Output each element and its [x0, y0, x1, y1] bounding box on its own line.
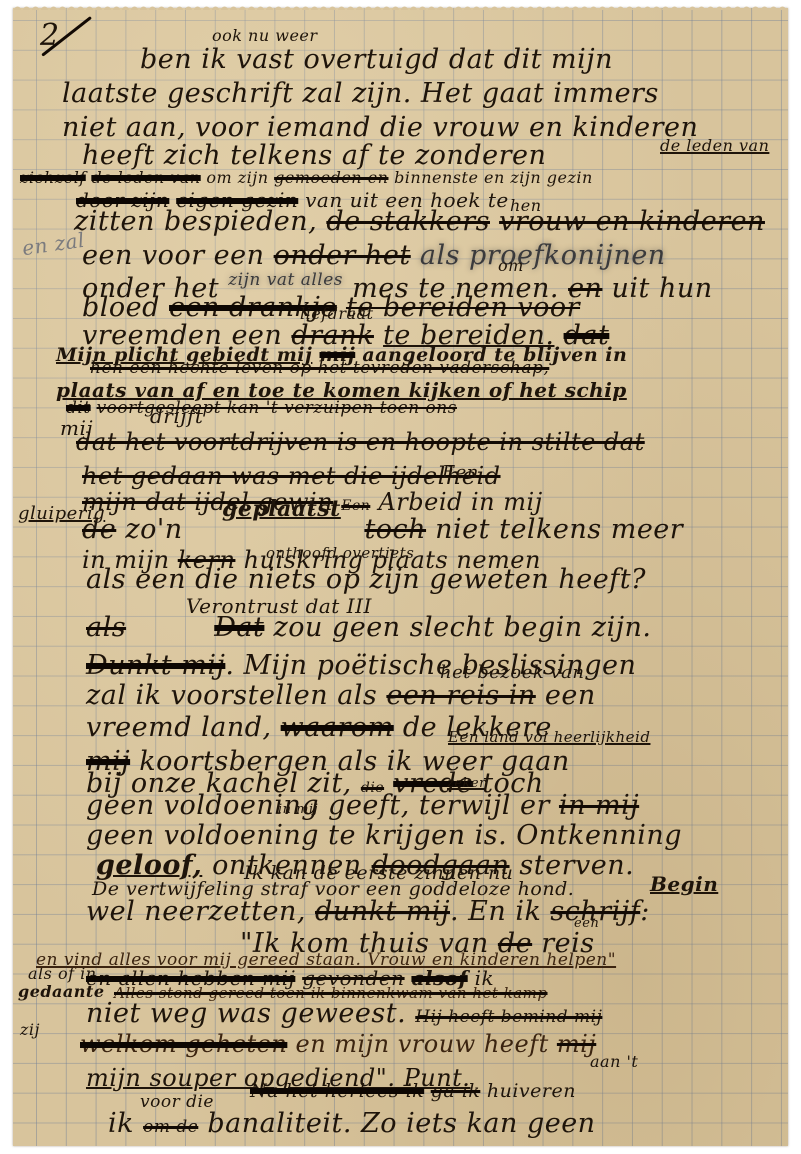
manuscript-line: als Dat zou geen slecht begin zijn. [86, 612, 651, 643]
interlinear-insertion: de leden van [660, 136, 769, 155]
text-segment: heeft zich telkens af te zonderen [82, 140, 546, 171]
perforated-edge [13, 2, 788, 10]
struck-segment: het gedaan was met die ijdelheid [82, 462, 501, 490]
struck-segment: Een [341, 498, 370, 514]
text-segment: ik [108, 1108, 134, 1139]
text-segment: Arbeid in mij [378, 488, 542, 516]
manuscript-line: een voor een onder het als proefkonijnen [82, 240, 666, 271]
struck-segment: Dunkt mij [86, 650, 225, 681]
text-segment: als een die niets op zijn geweten heeft? [86, 564, 646, 595]
text-segment: niet telkens meer [435, 514, 683, 545]
text-segment: een [545, 680, 596, 711]
text-segment: geen voldoening te krijgen is. Ontkennin… [86, 820, 682, 851]
struck-segment: zichzelf [20, 168, 86, 187]
manuscript-line: ben ik vast overtuigd dat dit mijn [140, 44, 613, 75]
interlinear-insertion: zeker [447, 776, 486, 791]
text-segment: zitten bespieden, [74, 206, 317, 237]
manuscript-line: wel neerzetten, dunkt mij. En ik schrijf… [86, 896, 650, 927]
struck-segment: Dat [214, 612, 264, 643]
text-segment: : [640, 896, 650, 927]
manuscript-line: zitten bespieden, de stakkers vrouw en k… [74, 206, 765, 237]
manuscript-line: welkom geheten en mijn vrouw heeft mij [80, 1030, 596, 1058]
text-segment: om zijn [206, 168, 268, 187]
interlinear-insertion: Een land vol heerlijkheid [448, 728, 650, 746]
manuscript-line: heeft zich telkens af te zonderen [82, 140, 546, 171]
text-segment: . En ik [450, 896, 541, 927]
struck-segment: hen een hechte leven op het tevreden vad… [90, 358, 549, 378]
struck-segment: dit [66, 398, 91, 418]
text-segment: wel neerzetten, [86, 896, 306, 927]
text-segment: vreemd land, [86, 712, 272, 743]
text-segment: vast overtuigd dat dit mijn [236, 44, 613, 75]
struck-segment: vrouw en kinderen [499, 206, 765, 237]
smudged-segment: als proefkonijnen [420, 240, 666, 271]
text-segment: ben ik [140, 44, 227, 75]
smudged-segment: zijn vat alles [228, 270, 343, 290]
struck-segment: als [86, 612, 126, 643]
text-segment: en mijn vrouw heeft [295, 1030, 548, 1058]
manuscript-line: niet aan, voor iemand die vrouw en kinde… [62, 112, 698, 143]
struck-segment: om de [143, 1117, 198, 1137]
interlinear-insertion: Begin [650, 872, 718, 896]
interlinear-insertion: aan 't [590, 1052, 638, 1071]
text-segment: bloed [82, 292, 160, 323]
interlinear-insertion: onthoofd overtiets [266, 544, 414, 562]
text-segment: een voor een [82, 240, 265, 271]
struck-segment: Hij heeft bemind mij [415, 1007, 602, 1027]
text-segment: zou geen slecht begin zijn. [273, 612, 651, 643]
struck-segment: welkom geheten [80, 1030, 287, 1058]
manuscript-line: ik om de banaliteit. Zo iets kan geen [108, 1108, 596, 1139]
struck-segment: dat het voortdrijven is en hoopte in sti… [76, 428, 645, 456]
manuscript-line: zichzelf de leden van om zijn gemoeden e… [20, 168, 593, 187]
manuscript-line: geen voldoening geeft, terwijl er in mij [86, 790, 639, 821]
struck-segment: dunkt mij [315, 896, 450, 927]
interlinear-insertion: Een [442, 462, 479, 483]
text-segment: huiveren [487, 1080, 576, 1102]
struck-segment: de stakkers [326, 206, 490, 237]
text-segment: geloof, [96, 850, 202, 881]
text-segment: Ik kan de eerste zinnen nu [244, 862, 513, 884]
text-segment: binnenste en zijn gezin [394, 168, 593, 187]
interlinear-insertion: in mij [278, 802, 318, 817]
manuscript-line: zal ik voorstellen als een reis in een [86, 680, 596, 711]
text-segment: uit hun [612, 273, 713, 304]
manuscript-line: hen een hechte leven op het tevreden vad… [90, 358, 549, 378]
interlinear-insertion: ook nu weer [212, 26, 318, 45]
margin-note: zij [20, 1020, 40, 1039]
manuscript-line: dat het voortdrijven is en hoopte in sti… [76, 428, 645, 456]
manuscript-line: laatste geschrift zal zijn. Het gaat imm… [62, 78, 659, 109]
struck-segment: toch [364, 514, 426, 545]
struck-segment: gemoeden en [274, 168, 388, 187]
text-segment: niet aan, voor iemand die vrouw en kinde… [62, 112, 698, 143]
text-segment: banaliteit. Zo iets kan geen [207, 1108, 595, 1139]
manuscript-line: als een die niets op zijn geweten heeft? [86, 564, 646, 595]
text-segment: te bereiden voor [346, 292, 580, 323]
struck-segment: een reis in [386, 680, 535, 711]
text-segment: sterven. [519, 850, 634, 881]
manuscript-line: geen voldoening te krijgen is. Ontkennin… [86, 820, 682, 851]
struck-segment: waarom [281, 712, 394, 743]
manuscript-line: Ik kan de eerste zinnen nu [244, 862, 513, 884]
struck-segment: de leden van [91, 168, 200, 187]
manuscript-line: niet weg was geweest. Hij heeft bemind m… [86, 998, 602, 1029]
text-segment: zal ik voorstellen als [86, 680, 377, 711]
interlinear-insertion: drijft [150, 404, 203, 428]
manuscript-line: de zo'n geplaatst toch niet telkens meer [82, 514, 683, 545]
struck-segment: in mij [559, 790, 639, 821]
text-segment: niet weg was geweest. [86, 998, 406, 1029]
struck-segment: onder het [274, 240, 411, 271]
struck-segment: de [82, 514, 116, 545]
struck-segment: ga ik [431, 1080, 481, 1102]
struck-segment: Na het herlees ik [250, 1080, 424, 1102]
text-segment: zo'n [125, 514, 182, 545]
manuscript-line: dit voortgesleept kan 't verzuipen toen … [66, 398, 457, 418]
text-segment: laatste geschrift zal zijn. Het gaat imm… [62, 78, 659, 109]
manuscript-line: Na het herlees ik ga ik huiveren [250, 1080, 576, 1102]
manuscript-line: het gedaan was met die ijdelheid [82, 462, 501, 490]
